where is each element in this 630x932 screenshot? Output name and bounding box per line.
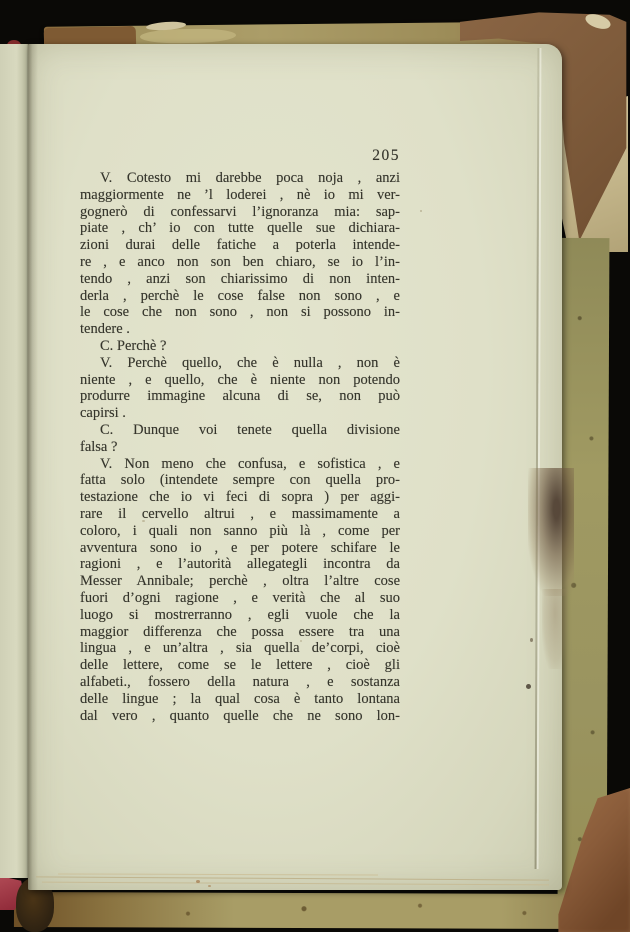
text-line: maggiormente ne ’l loderei , nè io mi ve… <box>80 187 400 204</box>
page-bottom-edge-line <box>36 876 549 880</box>
foxing-speck <box>420 210 422 212</box>
text-line: C. Perchè ? <box>80 338 400 355</box>
text-line: fatta solo (intendete sempre con quella … <box>80 472 400 489</box>
gutter-shadow <box>28 44 38 890</box>
text-line: coloro, i quali non sanno più là , come … <box>80 523 400 540</box>
text-line: delle lingue ; la qual cosa è tanto lont… <box>80 691 400 708</box>
text-line: V. Non meno che confusa, e sofistica , e <box>80 456 400 473</box>
text-line: niente , e quello, che è niente non pote… <box>80 372 400 389</box>
text-line: derla , perchè le cose false non sono , … <box>80 288 400 305</box>
text-lines: V. Cotesto mi darebbe poca noja , anzima… <box>80 170 400 724</box>
text-line: Messer Annibale; perchè , oltra l’altre … <box>80 573 400 590</box>
text-line: avventura sono io , e per potere schifar… <box>80 540 400 557</box>
text-line: tendo , anzi son chiarissimo di non inte… <box>80 271 400 288</box>
facing-page-sliver <box>0 44 30 878</box>
page-crease-right <box>535 48 540 869</box>
text-line: maggior differenza che possa essere tra … <box>80 624 400 641</box>
text-line: re , e anco non son ben chiaro, se io l’… <box>80 254 400 271</box>
page-bottom-edge-line <box>58 873 378 875</box>
text-line: testazione che io vi feci di sopra ) per… <box>80 489 400 506</box>
text-line: ragioni , e l’autorità allegategli incon… <box>80 556 400 573</box>
text-line: alfabeti., fossero della natura , e sost… <box>80 674 400 691</box>
text-line: luogo si mostrerranno , egli vuole che l… <box>80 607 400 624</box>
book-scan: 205 V. Cotesto mi darebbe poca noja , an… <box>0 0 630 932</box>
text-line: V. Perchè quello, che è nulla , non è <box>80 355 400 372</box>
text-line: gognerò di confessarvi l’ignoranza mia: … <box>80 204 400 221</box>
text-line: fuori d’ogni ragione , e verità che al s… <box>80 590 400 607</box>
text-line: C. Dunque voi tenete quella divisione <box>80 422 400 439</box>
text-line: rare il cervello altrui , e massimamente… <box>80 506 400 523</box>
text-line: delle lettere, come se le lettere , cioè… <box>80 657 400 674</box>
text-line: produrre immagine alcuna di se, non può <box>80 388 400 405</box>
text-line: lingua , e un’altra , sia quella de’corp… <box>80 640 400 657</box>
text-line: le cose che non sono , non si possono in… <box>80 304 400 321</box>
stain-right-edge <box>528 468 574 596</box>
foxing-speck <box>208 885 211 887</box>
foxing-speck <box>196 880 200 883</box>
text-line: falsa ? <box>80 439 400 456</box>
text-line: dal vero , quanto quelle che ne sono lon… <box>80 708 400 725</box>
text-line: piate , ch’ io con tutte quelle sue dich… <box>80 220 400 237</box>
text-line: capirsi . <box>80 405 400 422</box>
page-bottom-edge-line <box>42 882 549 886</box>
stain-trail <box>542 589 568 669</box>
text-line: zioni durai delle fatiche a poterla inte… <box>80 237 400 254</box>
text-line: tendere . <box>80 321 400 338</box>
text-line: V. Cotesto mi darebbe poca noja , anzi <box>80 170 400 187</box>
page-number: 205 <box>80 147 404 165</box>
cover-bottom-edge <box>14 892 594 929</box>
stain-dot <box>526 684 531 689</box>
stain-dot <box>530 638 533 642</box>
book-page: 205 V. Cotesto mi darebbe poca noja , an… <box>28 44 562 890</box>
